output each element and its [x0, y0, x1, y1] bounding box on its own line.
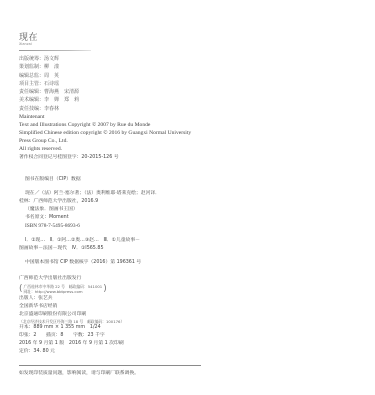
publisher-person: 出版人：张艺兵: [19, 295, 124, 303]
credit-label: 项目主管: [19, 81, 39, 87]
sheets: 印张：2 插页：8 字数：23 千字: [19, 332, 124, 340]
cip-classification: Ⅰ．①现… Ⅱ．①阿…②奥…③赵… Ⅲ．①儿童故事－: [19, 237, 160, 245]
rights-block: Maintenant Text and Illustrations Copyri…: [19, 114, 191, 161]
credit-row: 编辑总监：周 英: [19, 72, 79, 80]
cip-classification-cont: 图画故事－法国－现代 Ⅳ．①I565.85: [19, 245, 160, 253]
credit-row: 美术编辑：李 婵 郑 莉: [19, 96, 79, 104]
credit-row: 责任技编：李春林: [19, 105, 79, 113]
registration-number: 著作权合同登记号桂图登字：20-2015-126 号: [19, 154, 191, 162]
credit-label: 出版统筹: [19, 56, 39, 62]
credit-value: 李 婵 郑 莉: [44, 97, 79, 103]
issuer: 广西师范大学出版社出版发行: [19, 275, 124, 283]
quality-notice: 如发现印装质量问题，影响阅读，请与印刷厂联系调换。: [19, 369, 139, 376]
isbn: ISBN 978-7-5495-8693-6: [19, 222, 160, 230]
left-brace: (: [19, 285, 23, 294]
publisher-address-group: ( 广西桂林市中华路 22 号 邮政编码：541001 网址：http://ww…: [19, 284, 124, 294]
credit-value: 周 英: [44, 73, 59, 79]
format: 开本：889 mm × 1 355 mm 1/24: [19, 324, 124, 332]
credit-value: 柳 漾: [44, 64, 59, 70]
distributor: 全国新华书店经销: [19, 303, 124, 311]
rights-reserved: All rights reserved.: [19, 146, 191, 154]
copyright-chinese-edition: Simplified Chinese edition copyright © 2…: [19, 130, 191, 138]
cip-original-title: 书名原文：Moment: [19, 214, 160, 222]
cip-line: 现在／（法）阿兰·塞尔著；（法）奥利维耶·塔莱克绘；赵河译．: [19, 190, 160, 198]
copyright-original: Text and Illustrations Copyright © 2007 …: [19, 122, 191, 130]
publisher-website: 网址：http://www.bbtpress.com: [24, 289, 103, 294]
credit-value: 汤文辉: [44, 56, 59, 62]
credit-value: 曹海燕 宋清源: [44, 89, 79, 95]
credit-row: 策划监制：柳 漾: [19, 63, 79, 71]
credit-row: 项目主管：石诗瑶: [19, 80, 79, 88]
book-subtitle: Xianzai: [19, 42, 32, 46]
credit-label: 美术编辑: [19, 97, 39, 103]
credit-label: 责任编辑: [19, 89, 39, 95]
credit-value: 李春林: [44, 106, 59, 112]
right-brace: ): [103, 285, 107, 294]
printer: 北京盛通印刷股份有限公司印刷: [19, 311, 124, 319]
credit-label: 责任技编: [19, 106, 39, 112]
credit-label: 策划监制: [19, 64, 39, 70]
cip-number: 中国版本图书馆 CIP 数据核字（2016）第 196361 号: [19, 259, 160, 267]
credit-row: 责任编辑：曹海燕 宋清源: [19, 88, 79, 96]
cip-heading: 图书在版编目（CIP）数据: [19, 176, 160, 184]
publisher-block: 广西师范大学出版社出版发行 ( 广西桂林市中华路 22 号 邮政编码：54100…: [19, 275, 124, 356]
credit-value: 石诗瑶: [44, 81, 59, 87]
cip-series: （魔法象．图画书王国）: [19, 206, 160, 214]
cip-data-block: 图书在版编目（CIP）数据 现在／（法）阿兰·塞尔著；（法）奥利维耶·塔莱克绘；…: [19, 176, 160, 267]
price: 定价：34. 80 元: [19, 348, 124, 356]
copyright-chinese-edition-cont: Press Group Co., Ltd.: [19, 138, 191, 146]
credits-list: 出版统筹：汤文辉 策划监制：柳 漾 编辑总监：周 英 项目主管：石诗瑶 责任编辑…: [19, 55, 79, 113]
original-title: Maintenant: [19, 114, 191, 122]
cip-line: 桂林：广西师范大学出版社，2016.9: [19, 198, 160, 206]
edition: 2016 年 9 月第 1 版 2016 年 9 月第 1 次印刷: [19, 340, 124, 348]
title-divider: [19, 50, 91, 51]
credit-label: 编辑总监: [19, 73, 39, 79]
credit-row: 出版统筹：汤文辉: [19, 55, 79, 63]
bottom-divider: [19, 365, 201, 366]
